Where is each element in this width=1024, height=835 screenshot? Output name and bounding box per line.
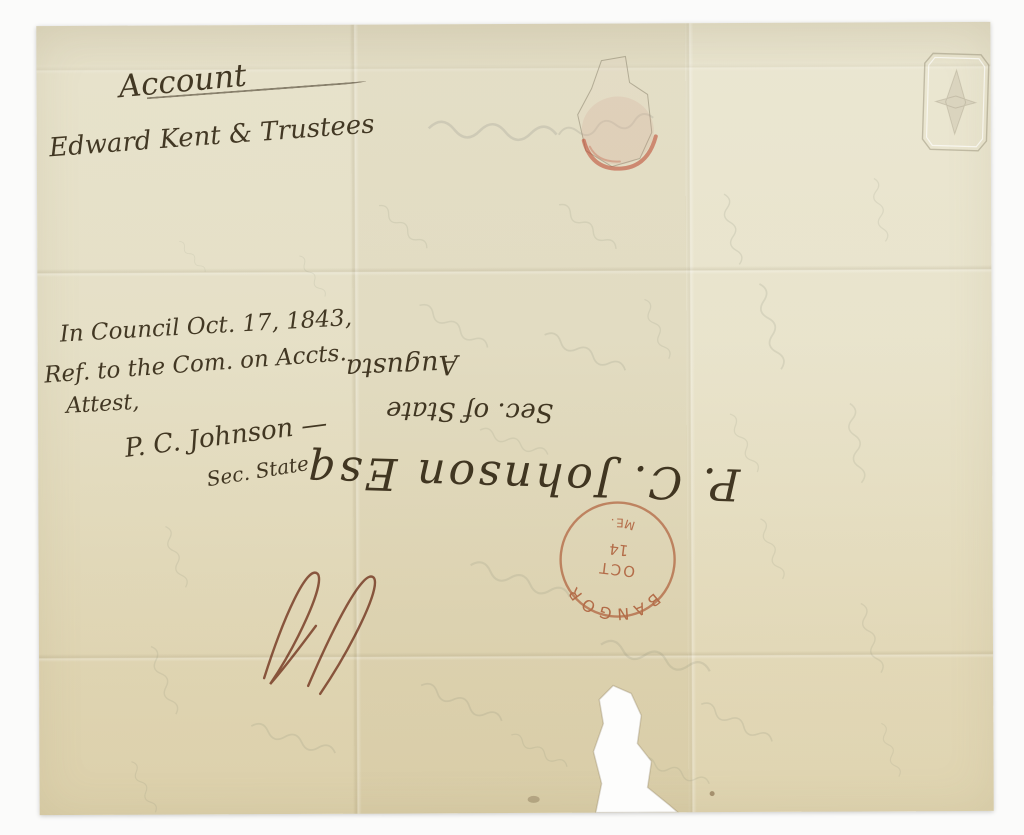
svg-text:ME.: ME. — [607, 514, 637, 533]
postmark-town: BANGOR — [559, 579, 666, 630]
paper-sheet: BANGOR OCT 14 ME. Account Edward Kent & … — [36, 22, 993, 815]
svg-text:BANGOR: BANGOR — [559, 579, 666, 630]
scanned-document: BANGOR OCT 14 ME. Account Edward Kent & … — [0, 0, 1024, 835]
address-city: Augusta — [345, 348, 459, 383]
red-pen-flourish — [246, 545, 407, 706]
fold-pinch-spot — [528, 796, 540, 803]
postmark-day: 14 — [608, 540, 629, 560]
embossed-paper-seal-icon — [920, 51, 991, 153]
address-office: Sec. of State — [386, 395, 554, 427]
attest-label: Attest, — [65, 390, 140, 419]
postmark-month: OCT — [597, 558, 636, 580]
ink-speck — [710, 791, 715, 796]
postmark-state: ME. — [607, 514, 637, 533]
wax-seal-residue-icon — [563, 54, 679, 190]
